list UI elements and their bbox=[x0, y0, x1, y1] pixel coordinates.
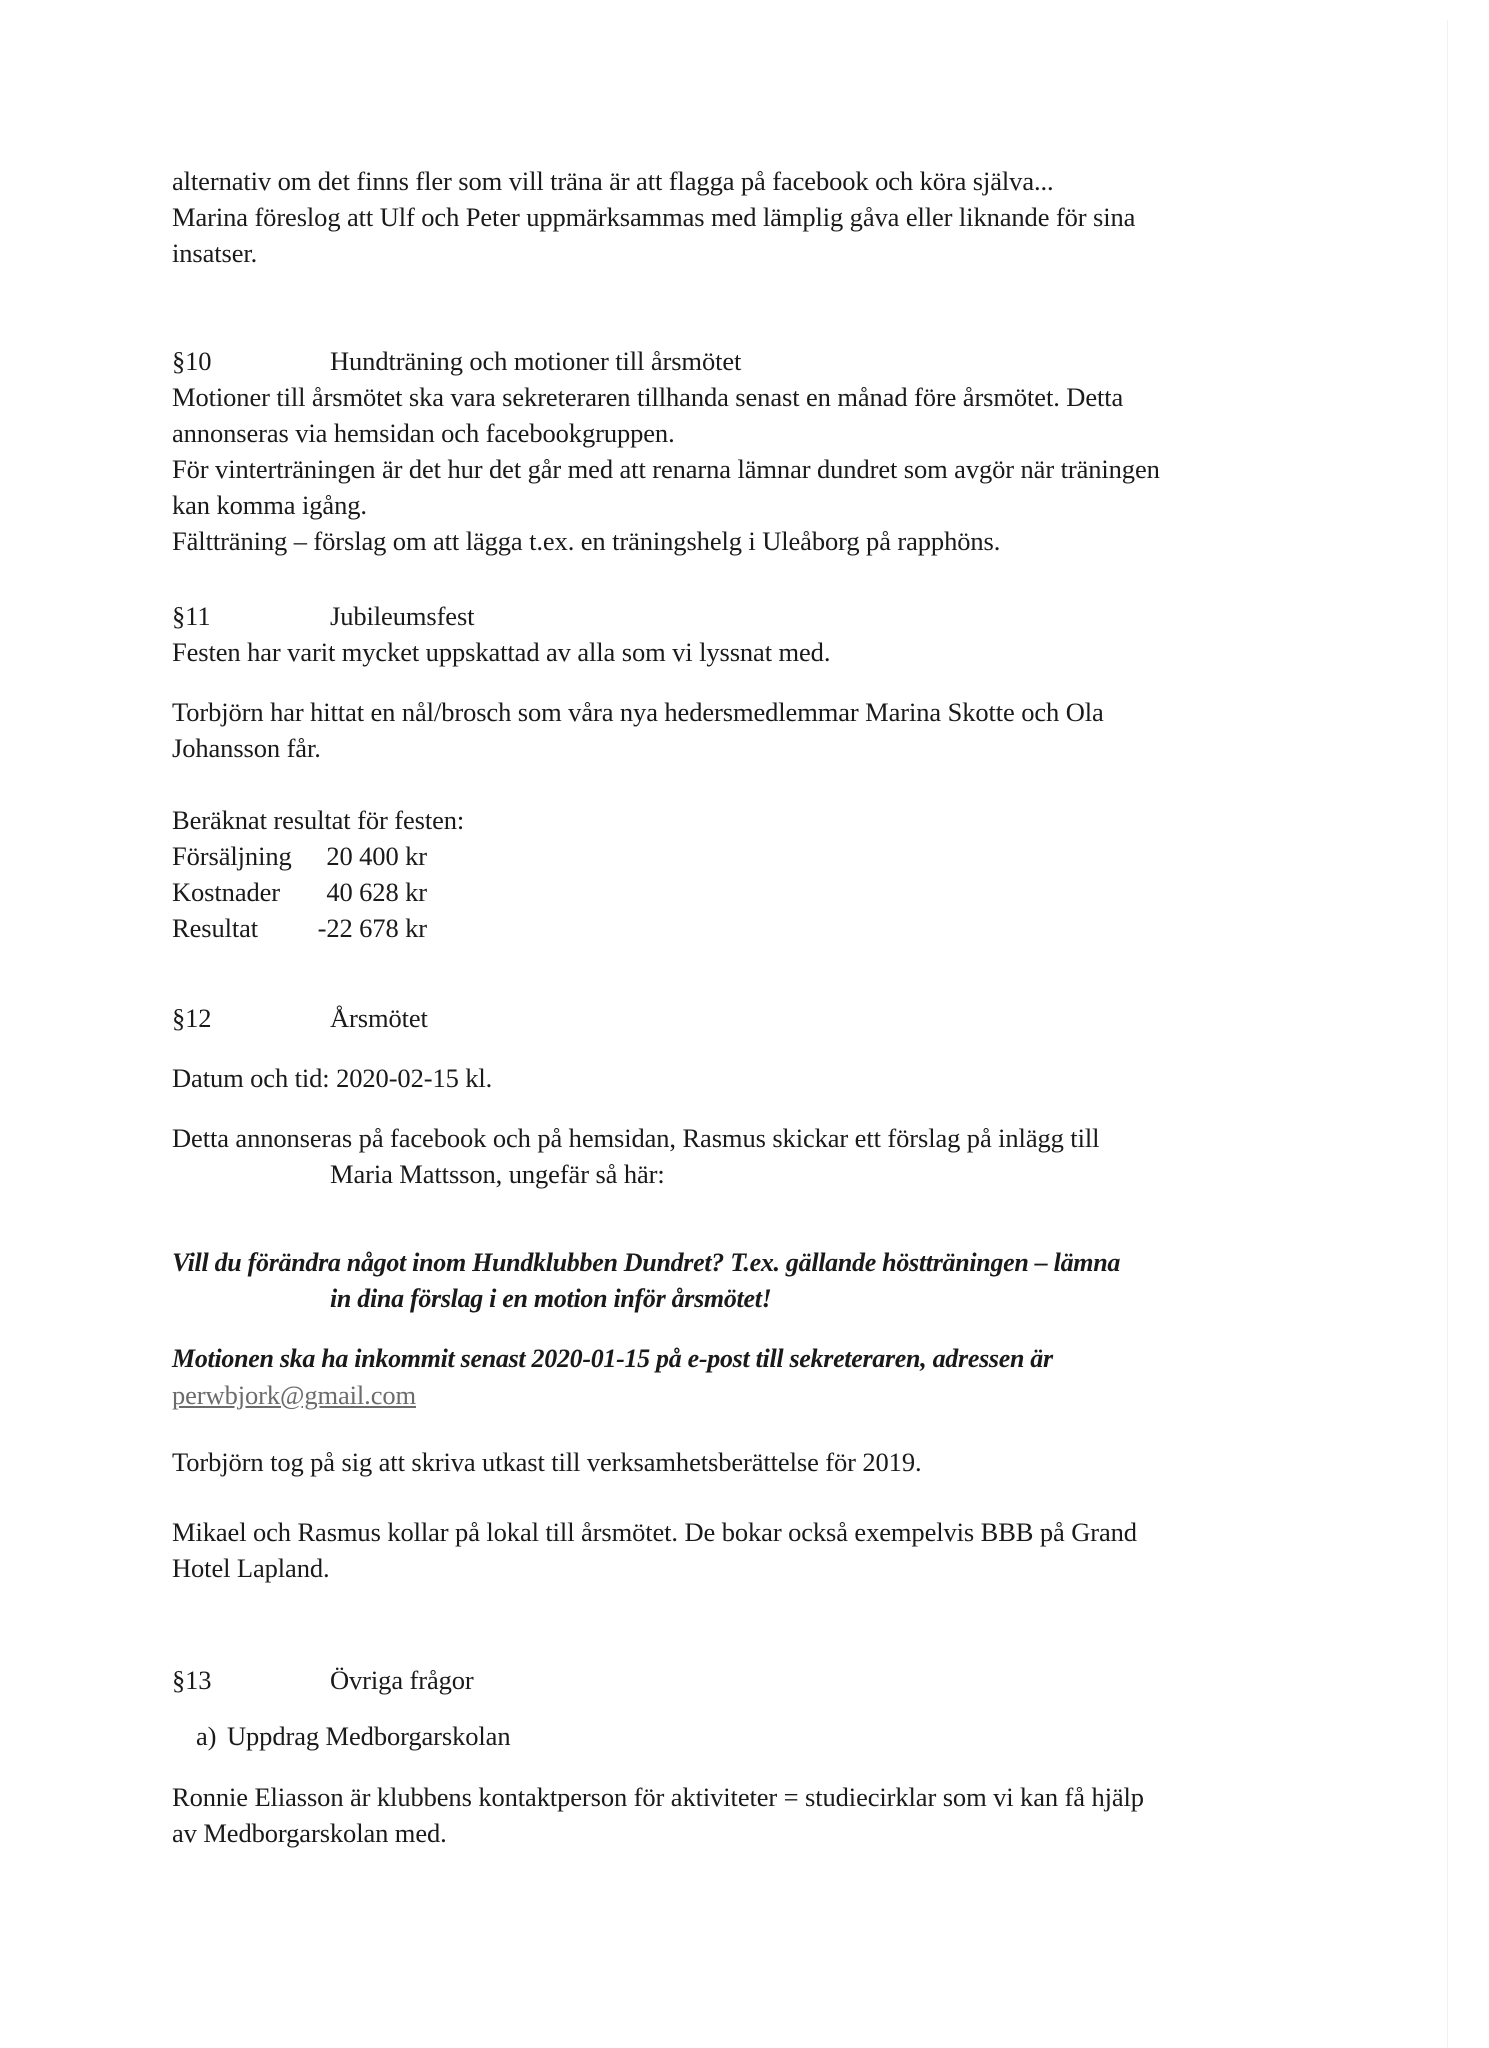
result-heading: Beräknat resultat för festen: bbox=[172, 802, 464, 838]
result-value: 40 628 kr bbox=[302, 874, 427, 910]
section-heading-10: §10Hundträning och motioner till årsmöte… bbox=[172, 343, 741, 379]
section-number: §13 bbox=[172, 1662, 330, 1698]
intro-line: Marina föreslog att Ulf och Peter uppmär… bbox=[172, 199, 1135, 235]
email-link-line: perwbjork@gmail.com bbox=[172, 1377, 416, 1413]
scan-page-edge bbox=[1447, 20, 1448, 2048]
section-11-line: Festen har varit mycket uppskattad av al… bbox=[172, 634, 830, 670]
section-number: §12 bbox=[172, 1000, 330, 1036]
section-13-line: av Medborgarskolan med. bbox=[172, 1815, 447, 1851]
section-13-line: Ronnie Eliasson är klubbens kontaktperso… bbox=[172, 1779, 1144, 1815]
meeting-date: Datum och tid: 2020-02-15 kl. bbox=[172, 1060, 492, 1096]
section-11-line: Johansson får. bbox=[172, 730, 321, 766]
subitem-a: a)Uppdrag Medborgarskolan bbox=[196, 1718, 511, 1754]
section-heading-11: §11Jubileumsfest bbox=[172, 598, 474, 634]
section-title: Jubileumsfest bbox=[330, 601, 474, 631]
intro-line: alternativ om det finns fler som vill tr… bbox=[172, 163, 1054, 199]
section-11-line: Torbjörn har hittat en nål/brosch som vå… bbox=[172, 694, 1104, 730]
announce-line: Detta annonseras på facebook och på hems… bbox=[172, 1120, 1099, 1156]
result-label: Försäljning bbox=[172, 838, 302, 874]
section-10-line: Motioner till årsmötet ska vara sekreter… bbox=[172, 379, 1123, 415]
result-label: Resultat bbox=[172, 910, 302, 946]
deadline-line: Motionen ska ha inkommit senast 2020-01-… bbox=[172, 1341, 1053, 1377]
result-value: -22 678 kr bbox=[302, 910, 427, 946]
section-title: Hundträning och motioner till årsmötet bbox=[330, 346, 741, 376]
section-12-line: Torbjörn tog på sig att skriva utkast ti… bbox=[172, 1444, 922, 1480]
section-number: §10 bbox=[172, 343, 330, 379]
section-title: Årsmötet bbox=[330, 1003, 428, 1033]
section-12-line: Hotel Lapland. bbox=[172, 1550, 330, 1586]
subitem-title: Uppdrag Medborgarskolan bbox=[227, 1721, 511, 1751]
section-heading-13: §13Övriga frågor bbox=[172, 1662, 474, 1698]
result-label: Kostnader bbox=[172, 874, 302, 910]
section-10-line: kan komma igång. bbox=[172, 487, 367, 523]
section-10-line: annonseras via hemsidan och facebookgrup… bbox=[172, 415, 675, 451]
intro-line: insatser. bbox=[172, 235, 257, 271]
email-link[interactable]: perwbjork@gmail.com bbox=[172, 1380, 416, 1410]
section-number: §11 bbox=[172, 598, 330, 634]
list-marker: a) bbox=[196, 1718, 227, 1754]
result-row: Kostnader40 628 kr bbox=[172, 874, 427, 910]
section-10-line: Fältträning – förslag om att lägga t.ex.… bbox=[172, 523, 1000, 559]
proposal-line: Vill du förändra något inom Hundklubben … bbox=[172, 1245, 1120, 1281]
section-heading-12: §12Årsmötet bbox=[172, 1000, 428, 1036]
result-value: 20 400 kr bbox=[302, 838, 427, 874]
proposal-line: in dina förslag i en motion inför årsmöt… bbox=[330, 1281, 771, 1317]
section-12-line: Mikael och Rasmus kollar på lokal till å… bbox=[172, 1514, 1137, 1550]
announce-line: Maria Mattsson, ungefär så här: bbox=[330, 1156, 665, 1192]
section-title: Övriga frågor bbox=[330, 1665, 474, 1695]
section-10-line: För vinterträningen är det hur det går m… bbox=[172, 451, 1160, 487]
result-row: Resultat-22 678 kr bbox=[172, 910, 427, 946]
result-row: Försäljning20 400 kr bbox=[172, 838, 427, 874]
